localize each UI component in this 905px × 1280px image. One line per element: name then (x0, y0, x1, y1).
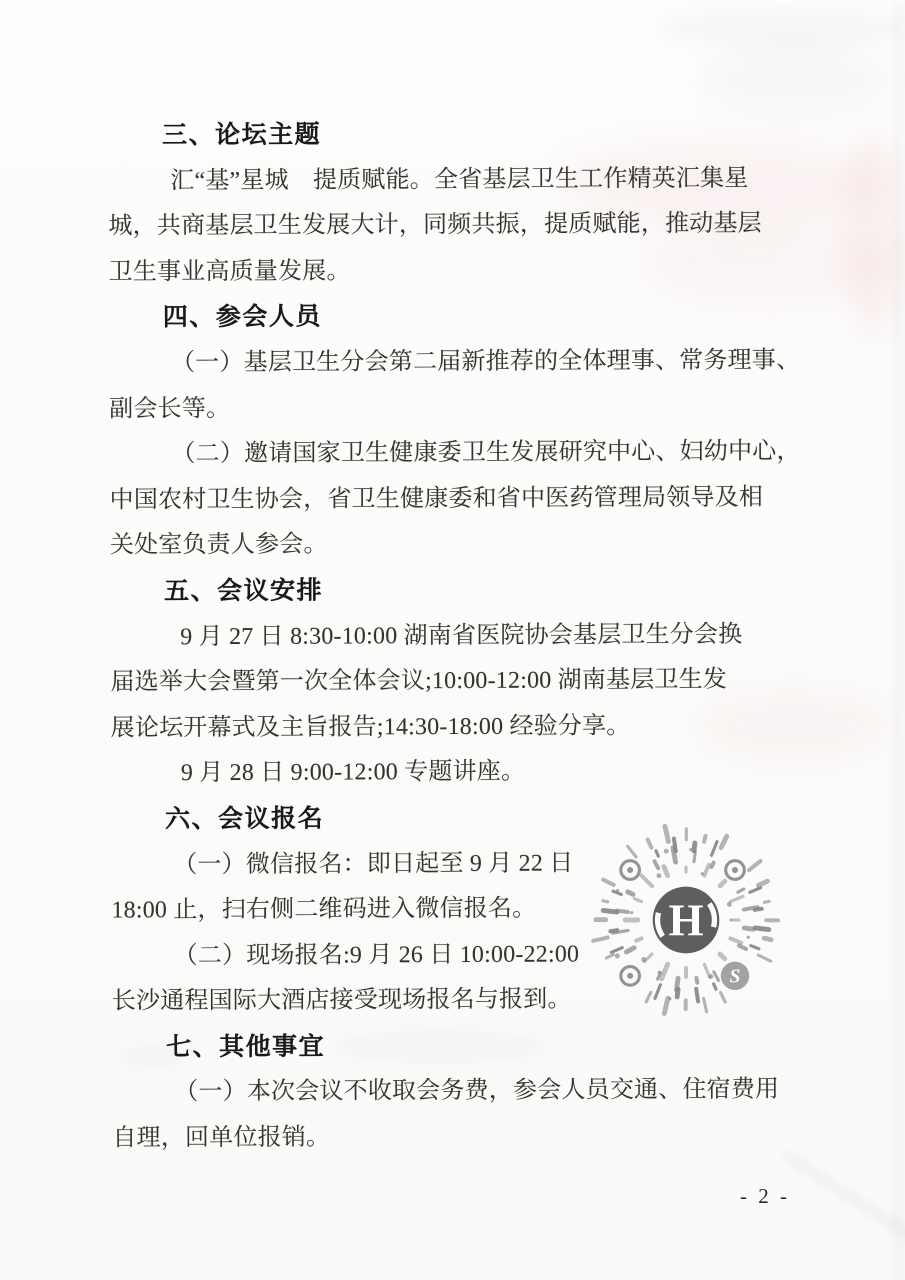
section-heading-forum-theme: 三、论坛主题 (108, 111, 763, 159)
body-line: 届选举大会暨第一次全体会议;10:00-12:00 湖南基层卫生发 (110, 658, 765, 706)
body-line: 中国农村卫生协会，省卫生健康委和省中医药管理局领导及相 (110, 475, 765, 523)
body-line: （一）本次会议不收取会务费，参会人员交通、住宿费用 (112, 1068, 767, 1116)
section-heading-participants: 四、参会人员 (109, 293, 764, 341)
document-page: 三、论坛主题 汇“基”星城 提质赋能。全省基层卫生工作精英汇集星 城，共商基层卫… (0, 0, 905, 1280)
body-line: 城，共商基层卫生发展大计，同频共振，提质赋能，推动基层 (108, 202, 763, 250)
body-line: 9 月 28 日 9:00-12:00 专题讲座。 (111, 749, 766, 797)
section-heading-other-matters: 七、其他事宜 (112, 1023, 767, 1071)
body-line: 自理，回单位报销。 (112, 1114, 767, 1162)
body-line: 关处室负责人参会。 (110, 521, 765, 569)
body-line: 卫生事业高质量发展。 (109, 247, 764, 295)
page-number: - 2 - (740, 1184, 790, 1209)
section-heading-schedule: 五、会议安排 (110, 567, 765, 615)
qr-center-letter: H (668, 896, 703, 946)
body-line: 副会长等。 (109, 384, 764, 432)
body-line: 9 月 27 日 8:30-10:00 湖南省医院协会基层卫生分会换 (110, 612, 765, 660)
qr-code-graphic: H S (588, 822, 784, 1018)
body-line: 汇“基”星城 提质赋能。全省基层卫生工作精英汇集星 (108, 156, 763, 204)
body-line: 展论坛开幕式及主旨报告;14:30-18:00 经验分享。 (111, 703, 766, 751)
scan-streak (781, 1150, 905, 1251)
qr-badge-letter: S (730, 967, 741, 988)
body-line: （一）基层卫生分会第二届新推荐的全体理事、常务理事、 (109, 339, 764, 387)
qr-code: H S (588, 822, 784, 1018)
body-line: （二）邀请国家卫生健康委卫生发展研究中心、妇幼中心， (109, 430, 764, 478)
